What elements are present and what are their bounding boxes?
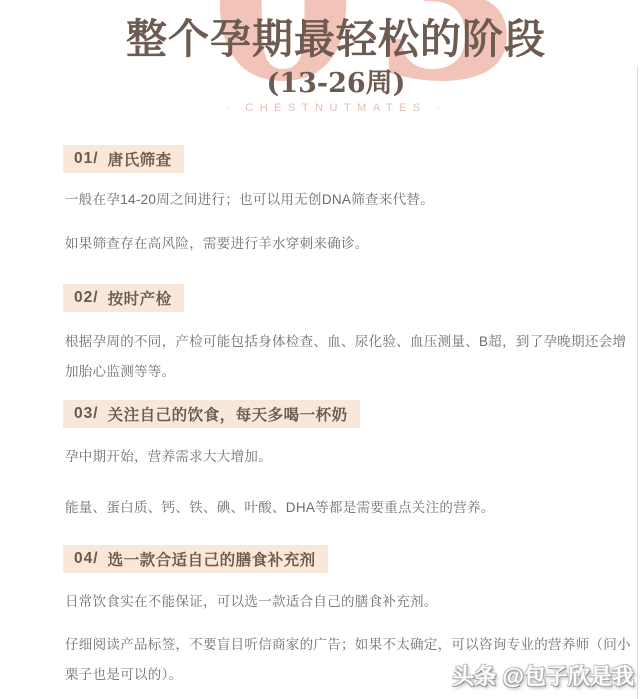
- section-number: 02/: [74, 289, 99, 307]
- paragraph: 一般在孕14-20周之间进行；也可以用无创DNA筛查来代替。: [65, 185, 640, 215]
- page-title: 整个孕期最轻松的阶段: [16, 16, 640, 62]
- toutiao-watermark: 头条 @包子欣是我: [452, 660, 634, 691]
- paragraph: 日常饮食实在不能保证，可以选一款适合自己的膳食补充剂。: [65, 587, 640, 617]
- paragraph: 如果筛查存在高风险，需要进行羊水穿刺来确诊。: [65, 229, 640, 259]
- section-heading-diet: 03/ 关注自己的饮食，每天多喝一杯奶: [63, 400, 360, 428]
- section-heading-downs-screening: 01/ 唐氏筛查: [63, 145, 184, 173]
- section-heading-prenatal-checkups: 02/ 按时产检: [63, 284, 184, 312]
- brand-label: · CHESTNUTMATES ·: [16, 102, 640, 115]
- section-heading-text: 选一款合适自己的膳食补充剂: [108, 548, 316, 570]
- section-number: 01/: [74, 150, 99, 168]
- section-heading-text: 按时产检: [108, 287, 172, 309]
- section-heading-text: 关注自己的饮食，每天多喝一杯奶: [108, 403, 348, 425]
- section-heading-text: 唐氏筛查: [108, 148, 172, 170]
- paragraph: 孕中期开始，营养需求大大增加。: [65, 442, 640, 472]
- pregnancy-infographic-page: 03 整个孕期最轻松的阶段 (13-26周) · CHESTNUTMATES ·…: [0, 0, 640, 699]
- page-subtitle-weeks: (13-26周): [16, 68, 640, 100]
- section-number: 04/: [74, 550, 99, 568]
- section-heading-supplements: 04/ 选一款合适自己的膳食补充剂: [63, 545, 328, 573]
- paragraph: 根据孕周的不同，产检可能包括身体检查、血、尿化验、血压测量、B超，到了孕晚期还会…: [65, 327, 640, 387]
- paragraph: 能量、蛋白质、钙、铁、碘、叶酸、DHA等都是需要重点关注的营养。: [65, 493, 640, 523]
- section-number: 03/: [74, 405, 99, 423]
